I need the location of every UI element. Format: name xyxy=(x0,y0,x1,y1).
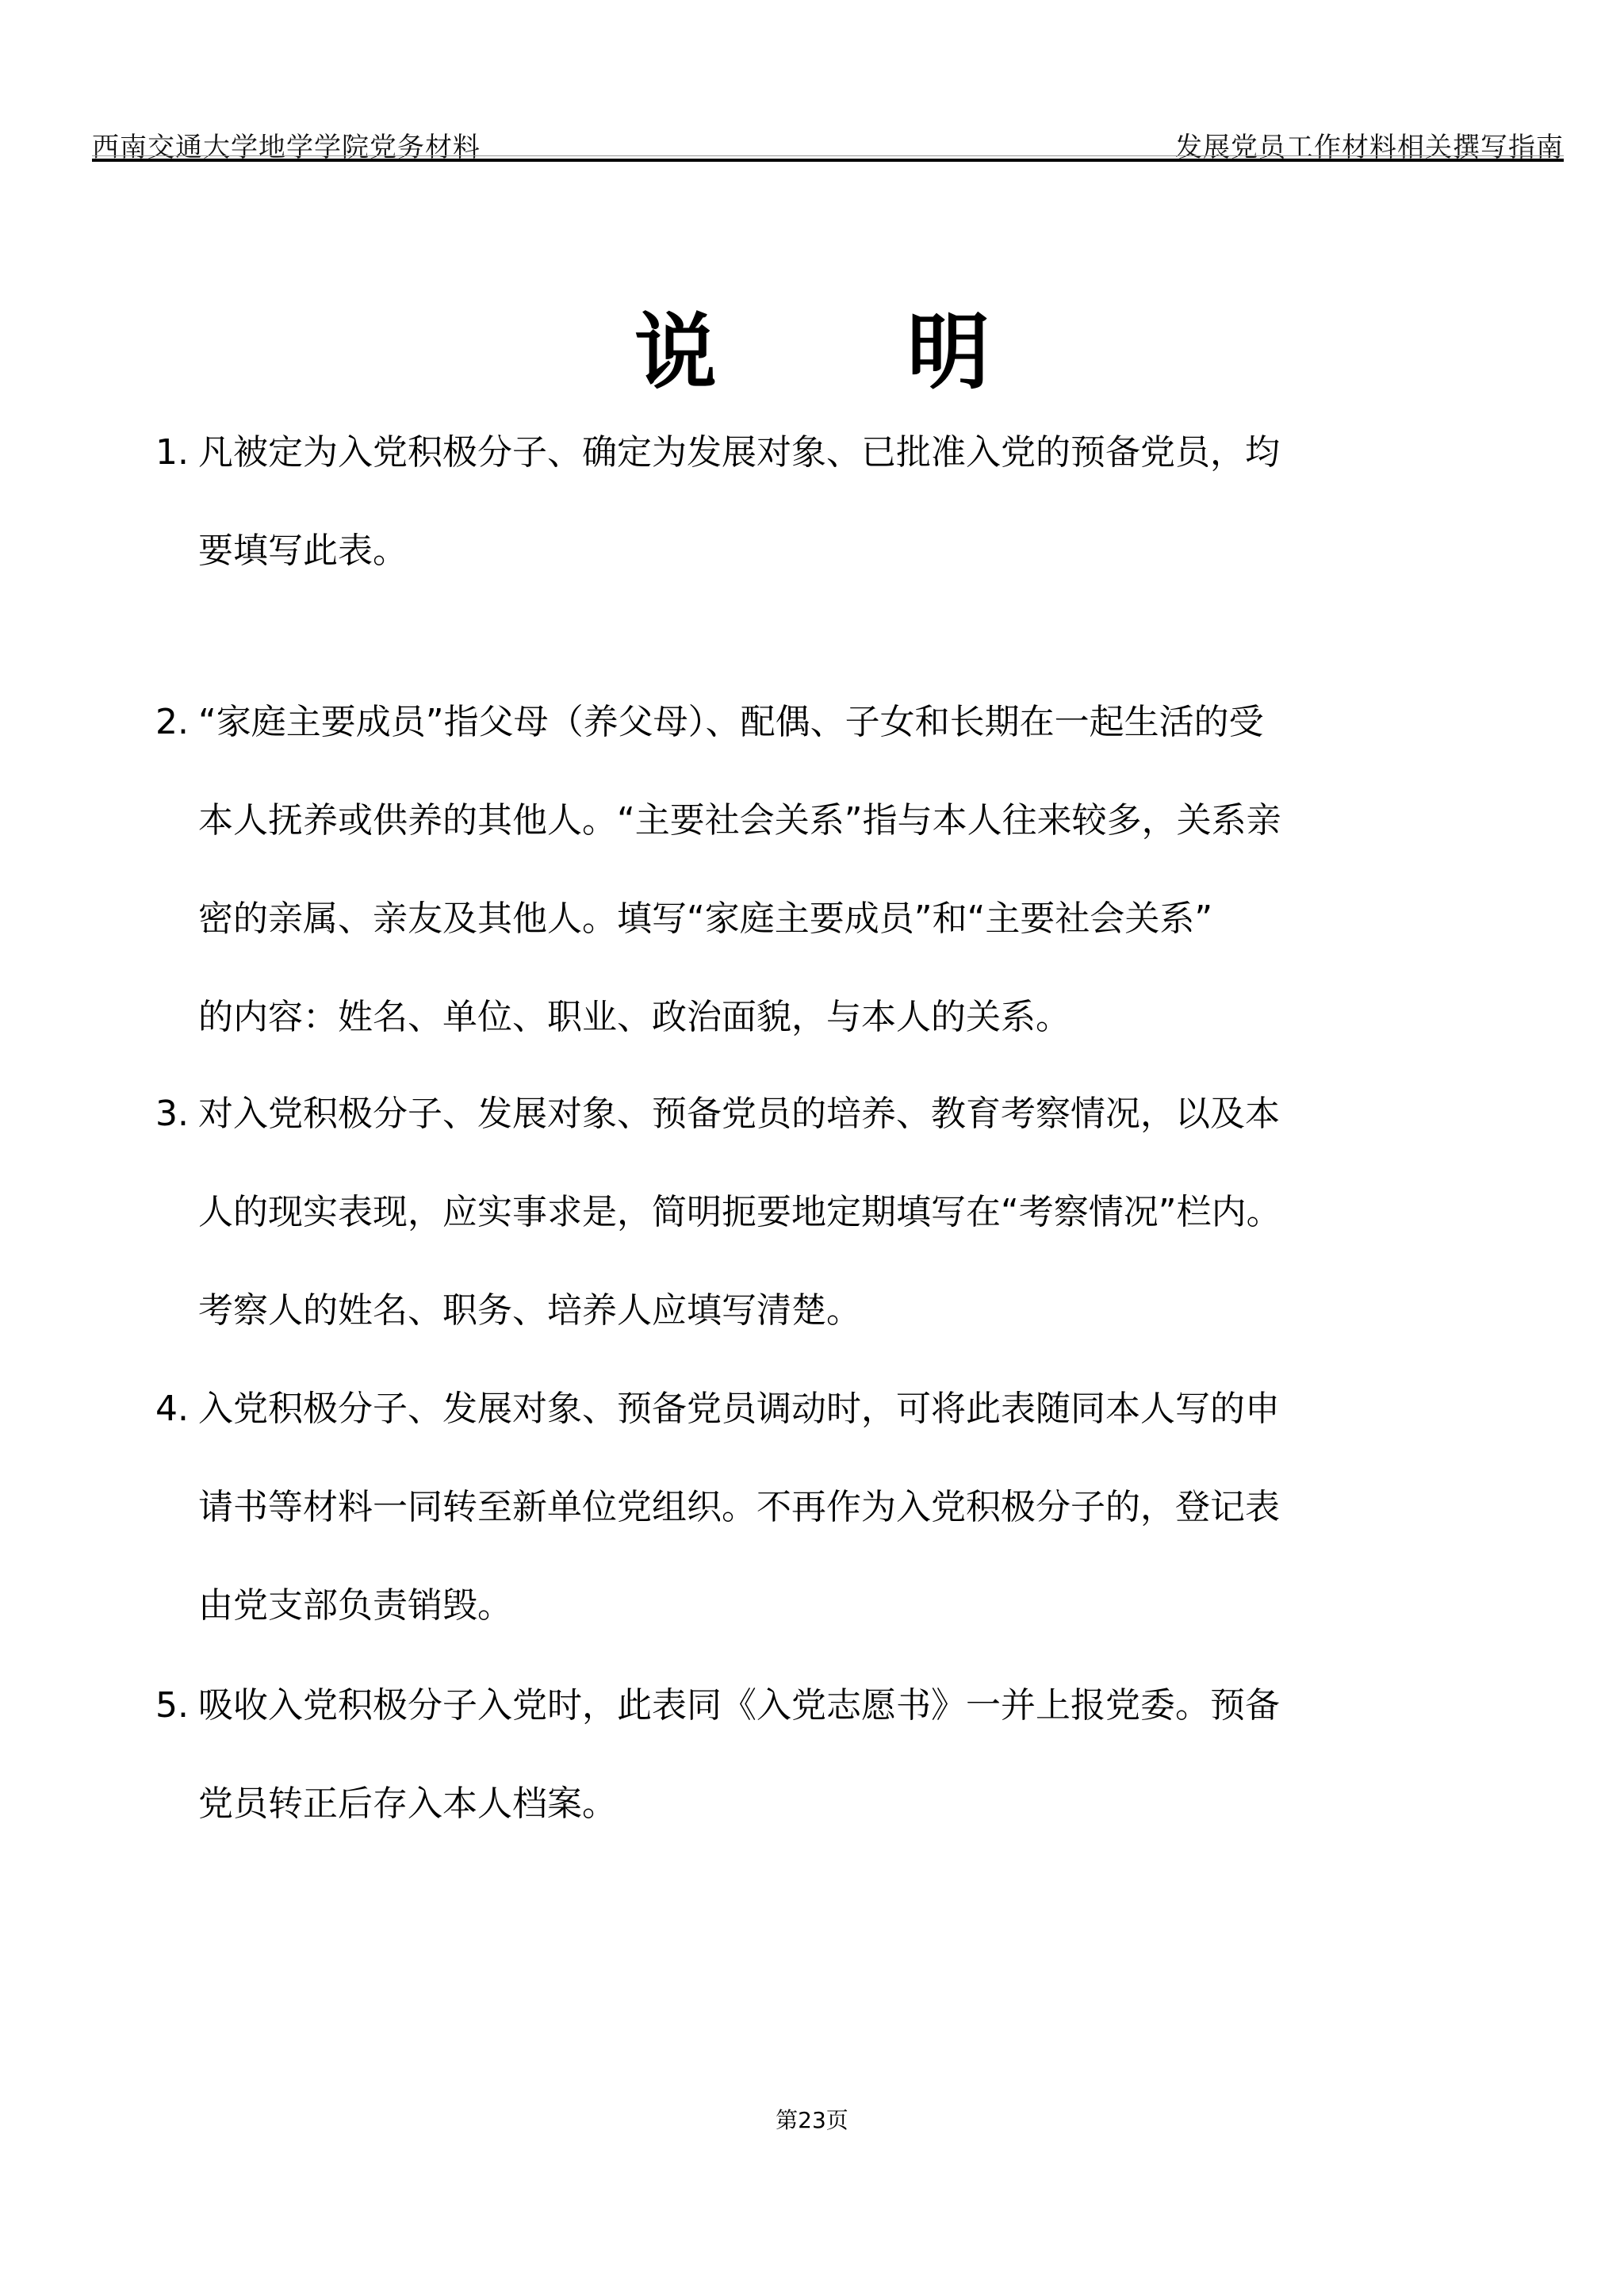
title-char-2: 明 xyxy=(907,285,990,404)
instruction-item-2: 2.“家庭主要成员”指父母（养父母）、配偶、子女和长期在一起生活的受 本人抚养或… xyxy=(155,698,1281,1042)
item-text-line: 党员转正后存入本人档案。 xyxy=(155,1780,1280,1829)
page-number: 第23页 xyxy=(0,2103,1624,2135)
item-text-line: 请书等材料一同转至新单位党组织。不再作为入党积极分子的，登记表 xyxy=(155,1483,1280,1532)
item-text-line: 对入党积极分子、发展对象、预备党员的培养、教育考察情况，以及本 xyxy=(198,1094,1280,1134)
item-number: 2. xyxy=(155,698,198,747)
item-text-line: 的内容：姓名、单位、职业、政治面貌，与本人的关系。 xyxy=(155,993,1281,1042)
title-char-1: 说 xyxy=(634,285,717,404)
header-divider-thin xyxy=(92,155,1564,156)
page-title: 说明 xyxy=(0,285,1624,404)
item-number: 1. xyxy=(155,428,198,477)
item-text-line: 要填写此表。 xyxy=(155,527,1280,576)
item-text-line: 吸收入党积极分子入党时，此表同《入党志愿书》一并上报党委。预备 xyxy=(198,1685,1280,1726)
item-text-line: 凡被定为入党积极分子、确定为发展对象、已批准入党的预备党员，均 xyxy=(198,432,1280,473)
instruction-item-5: 5.吸收入党积极分子入党时，此表同《入党志愿书》一并上报党委。预备 党员转正后存… xyxy=(155,1681,1280,1829)
item-text-line: 由党支部负责销毁。 xyxy=(155,1581,1280,1630)
header-divider xyxy=(92,159,1564,162)
item-number: 4. xyxy=(155,1385,198,1434)
item-text-line: 人的现实表现，应实事求是，简明扼要地定期填写在“考察情况”栏内。 xyxy=(155,1188,1281,1237)
instruction-item-1: 1.凡被定为入党积极分子、确定为发展对象、已批准入党的预备党员，均 要填写此表。 xyxy=(155,428,1280,576)
instruction-item-4: 4.入党积极分子、发展对象、预备党员调动时，可将此表随同本人写的申 请书等材料一… xyxy=(155,1385,1280,1630)
instruction-item-3: 3.对入党积极分子、发展对象、预备党员的培养、教育考察情况，以及本 人的现实表现… xyxy=(155,1090,1281,1335)
item-number: 5. xyxy=(155,1681,198,1730)
item-text-line: “家庭主要成员”指父母（养父母）、配偶、子女和长期在一起生活的受 xyxy=(198,702,1264,742)
item-text-line: 考察人的姓名、职务、培养人应填写清楚。 xyxy=(155,1286,1281,1335)
item-text-line: 密的亲属、亲友及其他人。填写“家庭主要成员”和“主要社会关系” xyxy=(155,895,1281,944)
item-text-line: 本人抚养或供养的其他人。“主要社会关系”指与本人往来较多，关系亲 xyxy=(155,796,1281,845)
item-number: 3. xyxy=(155,1090,198,1139)
item-text-line: 入党积极分子、发展对象、预备党员调动时，可将此表随同本人写的申 xyxy=(198,1389,1280,1429)
